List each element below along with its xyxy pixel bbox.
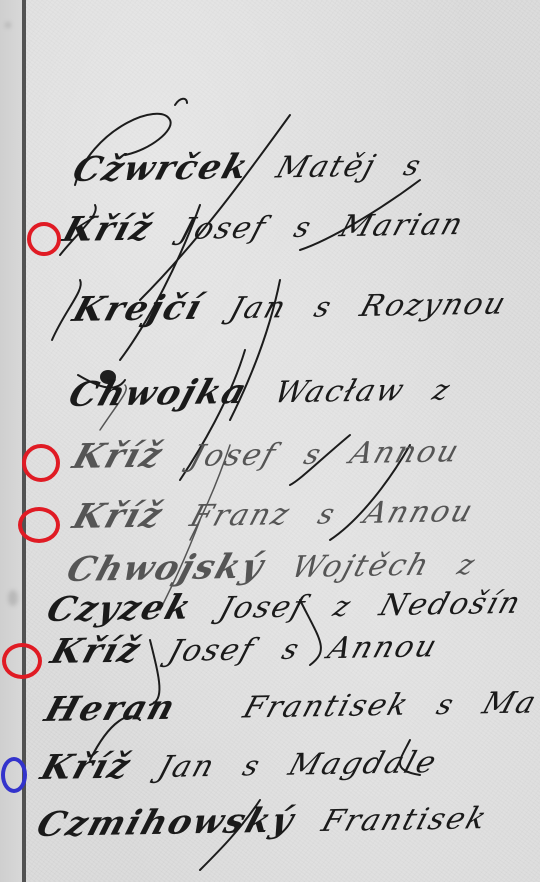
ink-smudge [8,590,18,606]
entry-partner [467,372,478,407]
register-entry: Kříž Josef s Marian [58,203,470,250]
scanned-register-page: Cžwrček Matěj s Kříž Josef s Marian Krej… [0,0,540,882]
entry-surname: Chwojský [62,547,270,590]
entry-surname: Heran [40,688,181,730]
entry-given-name: Franz [186,497,295,534]
entry-surname: Kříž [68,495,168,537]
entry-given-name: Jan [154,749,220,785]
entry-surname: Czmihowský [32,801,300,845]
entry-given-name: Frantisek [239,688,414,726]
entry-conjunction: s [433,688,460,721]
red-circle-marker [27,222,61,256]
entry-surname: Cžwrček [68,147,255,190]
register-entry: Cžwrček Matěj s [68,144,450,190]
entry-surname: Kříž [36,746,136,788]
entry-partner: Nedošín [375,586,526,623]
entry-surname: Czyzek [42,588,198,630]
entry-conjunction: s [290,211,317,244]
blue-circle-marker [1,757,27,793]
entry-given-name: Josef [164,632,260,668]
entry-conjunction: z [429,373,456,406]
entry-given-name: Josef [176,210,272,246]
entry-partner: Rozynou [356,287,512,325]
entry-conjunction: s [239,749,266,782]
entry-conjunction [504,802,514,835]
page-edge [0,0,22,882]
entry-given-name: Jan [225,290,291,326]
margin-rule-line [22,0,26,882]
entry-given-name: Josef [186,437,282,473]
entry-partner: Magdale [284,745,442,783]
entry-surname: Krejčí [68,288,208,330]
register-entry: Kříž Franz s Annou [68,490,480,537]
register-entry: Kříž Josef s Annou [68,430,466,477]
entry-conjunction: s [314,497,341,530]
entry-partner [526,800,537,835]
entry-partner: Ma [478,685,540,721]
entry-partner [438,148,449,183]
entry-given-name: Josef [215,590,311,626]
entry-partner: Annou [346,434,465,471]
entry-conjunction: s [278,633,305,666]
red-circle-marker [22,444,60,482]
register-entry: Czmihowský Frantisek [32,796,538,845]
entry-conjunction: s [310,291,337,324]
entry-given-name: Matěj [272,149,381,186]
entry-partner: Marian [336,207,469,244]
red-circle-marker [2,643,42,679]
register-entry: Heran Frantisek s Ma [40,681,540,730]
entry-given-name: Frantisek [317,801,492,839]
register-entry: Czyzek Josef z Nedošín [42,582,528,630]
entry-conjunction: s [300,438,327,471]
entry-surname: Chwojka [64,372,253,415]
register-entry: Kříž Josef s Annou [46,625,444,672]
entry-surname: Kříž [46,630,146,672]
entry-conjunction: z [329,590,356,623]
entry-conjunction: s [400,149,427,182]
entry-surname: Kříž [68,435,168,477]
register-entry: Krejčí Jan s Rozynou [68,283,513,330]
entry-conjunction: z [454,548,481,581]
entry-given-name: Wojtěch [287,548,435,585]
register-entry: Kříž Jan s Magdale [36,741,443,788]
register-entry: Chwojka Wacław z [64,368,479,415]
entry-partner: Annou [324,629,443,666]
ink-smudge [5,22,11,28]
entry-partner: Annou [359,494,478,531]
entry-surname: Kříž [58,208,158,250]
entry-given-name: Wacław [270,373,410,410]
entry-partner [492,547,503,582]
red-circle-marker [18,507,60,543]
